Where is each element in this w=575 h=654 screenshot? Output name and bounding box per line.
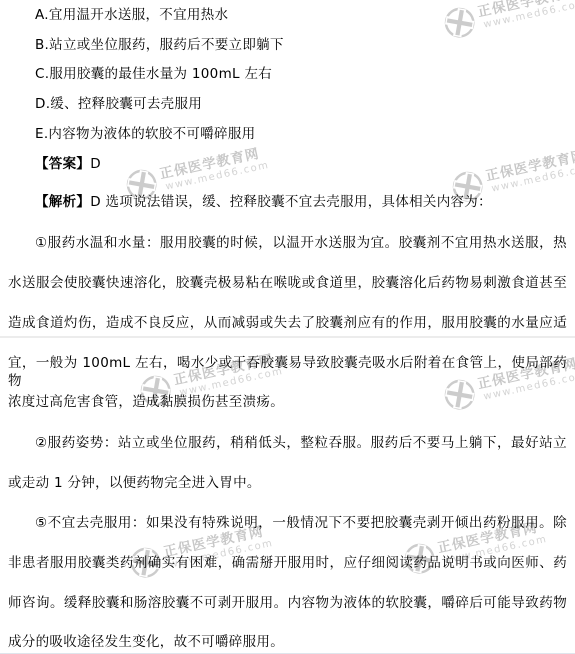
page-break-divider bbox=[0, 336, 575, 338]
option-d: D.缓、控释胶囊可去壳服用 bbox=[8, 95, 567, 113]
analysis-paragraph-line: 水送服会使胶囊快速溶化，胶囊壳极易粘在喉咙或食道里，胶囊溶化后药物易刺激食道甚至 bbox=[8, 274, 567, 292]
answer-value: D bbox=[90, 156, 101, 172]
analysis-intro-line: 【解析】D 选项说法错误，缓、控释胶囊不宜去壳服用，具体相关内容为： bbox=[8, 193, 567, 211]
analysis-paragraph-line: 或走动 1 分钟，以便药物完全进入胃中。 bbox=[8, 474, 567, 492]
option-a: A.宜用温开水送服，不宜用热水 bbox=[8, 6, 567, 24]
answer-label: 【答案】 bbox=[35, 156, 90, 172]
option-c: C.服用胶囊的最佳水量为 100mL 左右 bbox=[8, 65, 567, 83]
analysis-paragraph-line: 浓度过高危害食管，造成黏膜损伤甚至溃疡。 bbox=[8, 393, 567, 411]
analysis-label: 【解析】 bbox=[35, 194, 90, 210]
analysis-paragraph-line: 成分的吸收途径发生变化，故不可嚼碎服用。 bbox=[8, 633, 567, 651]
analysis-paragraph-line: ⑤不宜去壳服用：如果没有特殊说明，一般情况下不要把胶囊壳剥开倾出药粉服用。除 bbox=[8, 514, 567, 532]
document-page: 正保医学教育网 www.med66.com 正保医学教育网 www.med66.… bbox=[0, 0, 575, 654]
analysis-paragraph-line: 非患者服用胶囊类药剂确实有困难，确需掰开服用时，应仔细阅读药品说明书或向医师、药 bbox=[8, 554, 567, 572]
analysis-paragraph-line: 造成食道灼伤，造成不良反应，从而减弱或失去了胶囊剂应有的作用，服用胶囊的水量应适 bbox=[8, 314, 567, 332]
answer-line: 【答案】D bbox=[8, 155, 567, 173]
analysis-paragraph-line: ①服药水温和水量：服用胶囊的时候，以温开水送服为宜。胶囊剂不宜用热水送服，热 bbox=[8, 234, 567, 252]
analysis-paragraph-line: 师咨询。缓释胶囊和肠溶胶囊不可剥开服用。内容物为液体的软胶囊，嚼碎后可能导致药物 bbox=[8, 594, 567, 612]
option-b: B.站立或坐位服药，服药后不要立即躺下 bbox=[8, 36, 567, 54]
analysis-paragraph-line: 宜，一般为 100mL 左右，喝水少或干吞胶囊易导致胶囊壳吸水后附着在食管上，使… bbox=[8, 354, 567, 390]
analysis-intro: D 选项说法错误，缓、控释胶囊不宜去壳服用，具体相关内容为： bbox=[90, 194, 492, 210]
analysis-paragraph-line: ②服药姿势：站立或坐位服药，稍稍低头，整粒吞服。服药后不要马上躺下，最好站立 bbox=[8, 434, 567, 452]
option-e: E.内容物为液体的软胶不可嚼碎服用 bbox=[8, 125, 567, 143]
